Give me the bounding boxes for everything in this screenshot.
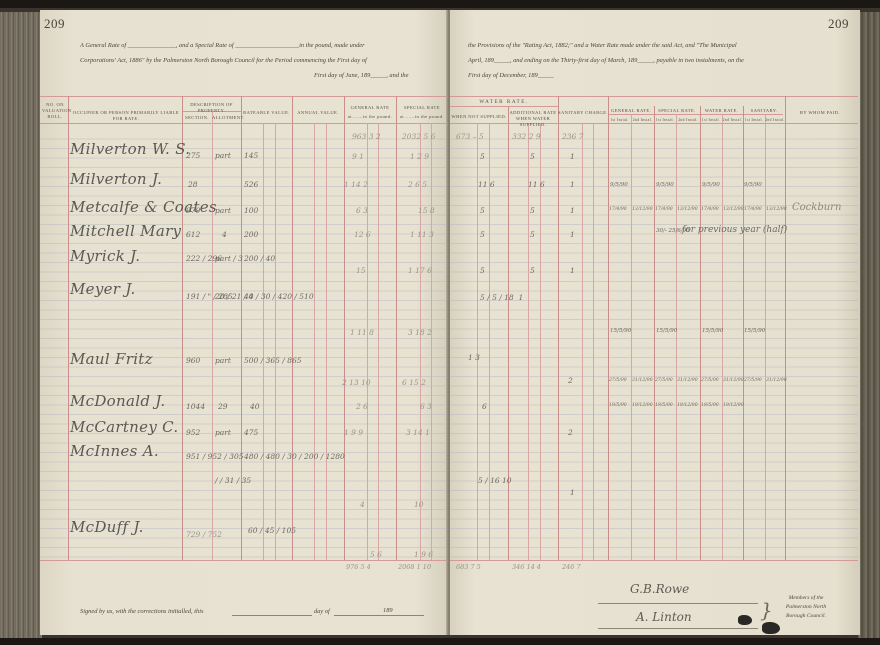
- col-rule: [275, 123, 276, 560]
- row-allotment: part: [215, 206, 231, 215]
- by-whom-paid: Cockburn: [792, 202, 841, 213]
- header-description: Description of Property.: [182, 102, 241, 114]
- row-section: 951 / 952 / 305: [186, 452, 244, 461]
- row-additional: 5: [530, 206, 535, 215]
- year-text: 189: [383, 607, 393, 614]
- header-allotment: Allotment.: [212, 115, 241, 121]
- col-rule: [700, 106, 701, 560]
- row-special: 10: [414, 500, 424, 509]
- payment-date: 17/4/90: [655, 207, 673, 212]
- payment-date: 13/12/90: [723, 207, 744, 212]
- payment-date: 17/4/90: [744, 207, 762, 212]
- left-page: 209 A General Rate of _______________, a…: [40, 10, 448, 635]
- row-rateable: 200 / 40: [244, 254, 275, 263]
- header-additional-rate: Additional Rate When Water Supplied.: [508, 110, 558, 128]
- row-rateable: 145: [244, 151, 258, 160]
- payment-date: 19/5/90: [655, 403, 673, 408]
- day-of-text: day of: [314, 608, 330, 615]
- col-rule: [593, 123, 594, 560]
- payment-date: 15/5/90: [656, 328, 677, 334]
- header-1st-instal: 1st Instal.: [608, 117, 631, 123]
- signed-text: Signed by us, with the corrections initi…: [80, 608, 203, 615]
- preamble-right-line-1: the Provisions of the "Rating Act, 1882;…: [468, 38, 737, 53]
- members-line-1: Members of the: [766, 594, 846, 603]
- payment-date: 19/5/90: [609, 403, 627, 408]
- row-special: 1 9 6: [414, 550, 433, 559]
- row-rateable: 40: [250, 402, 260, 411]
- payment-note: for previous year (half): [682, 225, 787, 235]
- row-additional: 5: [530, 230, 535, 239]
- payment-date: 19/12/90: [723, 403, 744, 408]
- col-rule: [765, 114, 766, 560]
- header-top-rule: [40, 96, 448, 97]
- row-name: McCartney C.: [70, 418, 178, 436]
- row-general: 1 9 9: [344, 428, 363, 437]
- row-rateable: 500 / 365 / 865: [244, 356, 302, 365]
- ruled-lines: [40, 130, 448, 560]
- payment-date: 27/5/90: [655, 378, 673, 383]
- row-sanitary: 1: [570, 230, 575, 239]
- row-rateable: 526: [244, 180, 258, 189]
- row-special: 6 3: [420, 402, 432, 411]
- payment-date: 15/5/90: [610, 328, 631, 334]
- header-general-rate: General Rate: [344, 105, 396, 111]
- row-general: 5 6: [370, 550, 382, 559]
- signature-line-2[interactable]: [598, 628, 758, 629]
- payment-date: 13/12/90: [677, 207, 698, 212]
- header-1st-instal: 1st Instal.: [743, 117, 765, 123]
- header-payments-sanitary: Sanitary.: [743, 108, 785, 114]
- carried-water: 673 – 5: [456, 132, 484, 141]
- total-general: 976 5 4: [346, 563, 371, 571]
- header-general-rate-sub: at.......in the pound.: [344, 114, 396, 120]
- col-rule: [722, 114, 723, 560]
- carried-sanitary: 236 7: [562, 132, 583, 141]
- row-additional: 11 6: [528, 180, 545, 189]
- header-top-rule: [450, 96, 858, 97]
- day-blank[interactable]: [232, 615, 312, 616]
- row-sanitary: 1: [570, 152, 575, 161]
- page-edges-left: [0, 12, 42, 638]
- total-water: 683 7 5: [456, 563, 481, 571]
- payment-date: 27/5/90: [609, 378, 627, 383]
- row-section: 1044: [186, 402, 205, 411]
- row-special: 1 2 9: [410, 152, 429, 161]
- carried-additional: 332 2 9: [512, 132, 541, 141]
- payment-date: 19/5/90: [701, 403, 719, 408]
- row-special: 1 17 6: [408, 266, 432, 275]
- row-name: McInnes A.: [70, 442, 159, 460]
- col-rule: [508, 106, 509, 560]
- ink-blot: [762, 622, 780, 634]
- row-rateable: 480 / 480 / 30 / 200 / 1280: [244, 452, 345, 461]
- row-name: Meyer J.: [70, 280, 136, 298]
- payment-date: 31/12/90: [677, 378, 698, 383]
- row-allotment: part: [215, 151, 231, 160]
- row-sanitary: 1: [570, 206, 575, 215]
- header-bottom-rule: [40, 123, 448, 124]
- month-blank[interactable]: [334, 615, 424, 616]
- col-rule: [68, 96, 69, 560]
- row-name: McDuff J.: [70, 518, 144, 536]
- col-rule: [212, 111, 213, 560]
- col-rule: [676, 114, 677, 560]
- header-occupier: Occupier or Person Primarily Liable for …: [70, 110, 182, 122]
- header-payments-special: Special Rate.: [654, 108, 700, 114]
- row-name: Mitchell Mary: [70, 222, 181, 240]
- row-allotment: 29: [218, 402, 228, 411]
- row-name: McDonald J.: [70, 392, 166, 410]
- header-rateable-value: Rateable Value.: [241, 110, 292, 116]
- row-special: 1 11 3: [410, 230, 434, 239]
- row-special: 6 15 2: [402, 378, 426, 387]
- members-line-2: Palmerston North: [766, 603, 846, 612]
- header-2nd-instal: 2nd Instal.: [631, 117, 654, 123]
- payment-date: 13/12/90: [766, 207, 787, 212]
- members-line-3: Borough Council.: [766, 612, 846, 621]
- row-section: 960: [186, 356, 200, 365]
- payment-date: 31/12/90: [723, 378, 744, 383]
- carried-special: 2032 5 6: [402, 132, 435, 141]
- signature-2: A. Linton: [636, 610, 692, 624]
- header-special-rate-sub: at.......in the pound.: [396, 114, 448, 120]
- page-number-right: 209: [828, 16, 849, 32]
- col-rule: [631, 114, 632, 560]
- total-special: 2068 1 10: [398, 563, 431, 571]
- col-rule: [654, 106, 655, 560]
- row-section: 729 / 752: [186, 530, 222, 539]
- signature-line-1[interactable]: [598, 603, 758, 604]
- row-general: 2 6: [356, 402, 368, 411]
- row-additional: 5: [530, 152, 535, 161]
- row-sanitary: 1: [570, 180, 575, 189]
- col-rule: [182, 96, 183, 560]
- payment-date: 27/5/90: [701, 378, 719, 383]
- col-rule: [344, 96, 345, 560]
- payment-date: 31/12/90: [632, 378, 653, 383]
- row-rateable: 475: [244, 428, 258, 437]
- payment-date: 27/5/90: [744, 378, 762, 383]
- row-sanitary: 1: [570, 488, 575, 497]
- row-section: 275: [186, 151, 200, 160]
- col-rule: [431, 123, 432, 560]
- members-note: Members of the Palmerston North Borough …: [766, 594, 846, 621]
- row-water: 1 3: [468, 353, 480, 362]
- row-water: 6: [482, 402, 487, 411]
- table-bottom-rule: [450, 560, 858, 561]
- payment-date: 31/12/90: [766, 378, 787, 383]
- row-sanitary: 2: [568, 428, 573, 437]
- header-1st-instal: 1st Instal.: [654, 117, 676, 123]
- water-subrule: [450, 106, 558, 107]
- col-rule: [326, 123, 327, 560]
- row-general: 12 6: [354, 230, 371, 239]
- row-water: 5: [480, 152, 485, 161]
- row-general: 1 11 8: [350, 328, 374, 337]
- header-annual-value: Annual Value.: [292, 110, 344, 116]
- total-additional: 346 14 4: [512, 563, 541, 571]
- payment-date: 19/12/90: [677, 403, 698, 408]
- col-rule: [241, 96, 242, 560]
- header-2nd-instal: 2nd Instal.: [722, 117, 743, 123]
- table-bottom-rule: [40, 560, 448, 561]
- page-number-left: 209: [44, 16, 65, 32]
- header-when-not-supplied: When Not Supplied.: [450, 114, 508, 120]
- row-water: 5: [480, 206, 485, 215]
- row-name: Milverton W. S.: [70, 140, 190, 158]
- header-by-whom-paid: By Whom Paid.: [785, 110, 855, 116]
- col-rule: [263, 123, 264, 560]
- row-sanitary: 2: [568, 376, 573, 385]
- row-section: 28: [188, 180, 198, 189]
- header-water-rate: WATER RATE.: [450, 99, 558, 105]
- row-special: 15 8: [418, 206, 435, 215]
- header-1st-instal: 1st Instal.: [700, 117, 722, 123]
- row-special: 3 18 2: [408, 328, 432, 337]
- row-general: 9 1: [352, 152, 364, 161]
- payment-date: 17/4/90: [701, 207, 719, 212]
- signature-1: G.B.Rowe: [630, 582, 689, 596]
- header-2nd-instal: 2nd Instal.: [765, 117, 785, 123]
- col-rule: [396, 96, 397, 560]
- carried-general: 963 3 2: [352, 132, 381, 141]
- payment-date: 9/5/90: [702, 182, 720, 188]
- row-water: 5: [480, 230, 485, 239]
- row-special: 3 14 1: [406, 428, 430, 437]
- total-sanitary: 246 7: [562, 563, 581, 571]
- col-rule: [582, 123, 583, 560]
- row-general: 6 3: [356, 206, 368, 215]
- row-sanitary: 1: [570, 266, 575, 275]
- row-general: 1 14 2: [344, 180, 368, 189]
- page-edges-right: [858, 12, 880, 638]
- payments-subrule: [608, 114, 783, 115]
- row-water-value: 5 / 5 / 18 1: [480, 293, 523, 302]
- preamble-left-line-2: Corporations' Act, 1886" by the Palmerst…: [80, 53, 367, 68]
- payment-date: 13/12/90: [632, 207, 653, 212]
- right-page: 209 the Provisions of the "Rating Act, 1…: [450, 10, 860, 635]
- ink-blot: [738, 615, 752, 625]
- row-rateable: 100: [244, 206, 258, 215]
- payment-date: 19/12/90: [632, 403, 653, 408]
- row-water: 11 6: [478, 180, 495, 189]
- col-rule: [558, 96, 559, 560]
- payment-date: 9/5/90: [656, 182, 674, 188]
- row-name: Myrick J.: [70, 247, 140, 265]
- row-allotment: 4: [222, 230, 227, 239]
- row-name: Milverton J.: [70, 170, 162, 188]
- col-rule: [378, 123, 379, 560]
- payment-date: 15/5/90: [702, 328, 723, 334]
- row-special: 2 6 5: [408, 180, 427, 189]
- payment-date: 15/5/90: [744, 328, 765, 334]
- row-rateable: 60 / 45 / 105: [248, 526, 296, 535]
- header-special-rate: Special Rate: [396, 105, 448, 111]
- row-allotment: part: [215, 356, 231, 365]
- row-section: 970: [186, 206, 200, 215]
- header-section: Section.: [182, 115, 212, 121]
- payment-date: 9/5/90: [610, 182, 628, 188]
- row-section: 612: [186, 230, 200, 239]
- col-rule: [608, 96, 609, 560]
- row-allotment: part: [215, 428, 231, 437]
- col-rule: [314, 123, 315, 560]
- header-valuation-roll: No. on Valuation Roll.: [42, 102, 68, 120]
- row-general: 2 13 10: [342, 378, 371, 387]
- row-rateable: 200: [244, 230, 258, 239]
- preamble-right-line-3: First day of December, 189_____: [468, 68, 554, 83]
- header-payments-general: General Rate.: [608, 108, 654, 114]
- header-2nd-instal: 2nd Instal.: [676, 117, 700, 123]
- row-section: 952: [186, 428, 200, 437]
- payment-date: 9/5/90: [744, 182, 762, 188]
- row-water: 5: [480, 266, 485, 275]
- row-allotment: / / 31 / 35: [215, 476, 251, 485]
- row-allotment: part / 3: [215, 254, 243, 263]
- row-name: Maul Fritz: [70, 350, 153, 368]
- row-water: 5 / 5 / 18 1: [480, 292, 523, 304]
- col-rule: [292, 96, 293, 560]
- row-general: 15: [356, 266, 366, 275]
- preamble-right-line-2: April, 189_____, and ending on the Thirt…: [468, 53, 744, 68]
- row-general: 4: [360, 500, 365, 509]
- row-additional: 5: [530, 266, 535, 275]
- header-payments-water: Water Rate.: [700, 108, 743, 114]
- header-sanitary-charge: Sanitary Charge.: [558, 110, 608, 116]
- col-rule: [785, 96, 786, 560]
- payment-date: 17/4/90: [609, 207, 627, 212]
- row-water: 5 / 16 10: [478, 475, 512, 486]
- preamble-left-line-3: First day of June, 189_____, and the: [314, 68, 408, 83]
- preamble-left-line-1: A General Rate of _______________, and a…: [80, 38, 365, 53]
- row-rateable: 40 / 30 / 420 / 510: [244, 292, 314, 301]
